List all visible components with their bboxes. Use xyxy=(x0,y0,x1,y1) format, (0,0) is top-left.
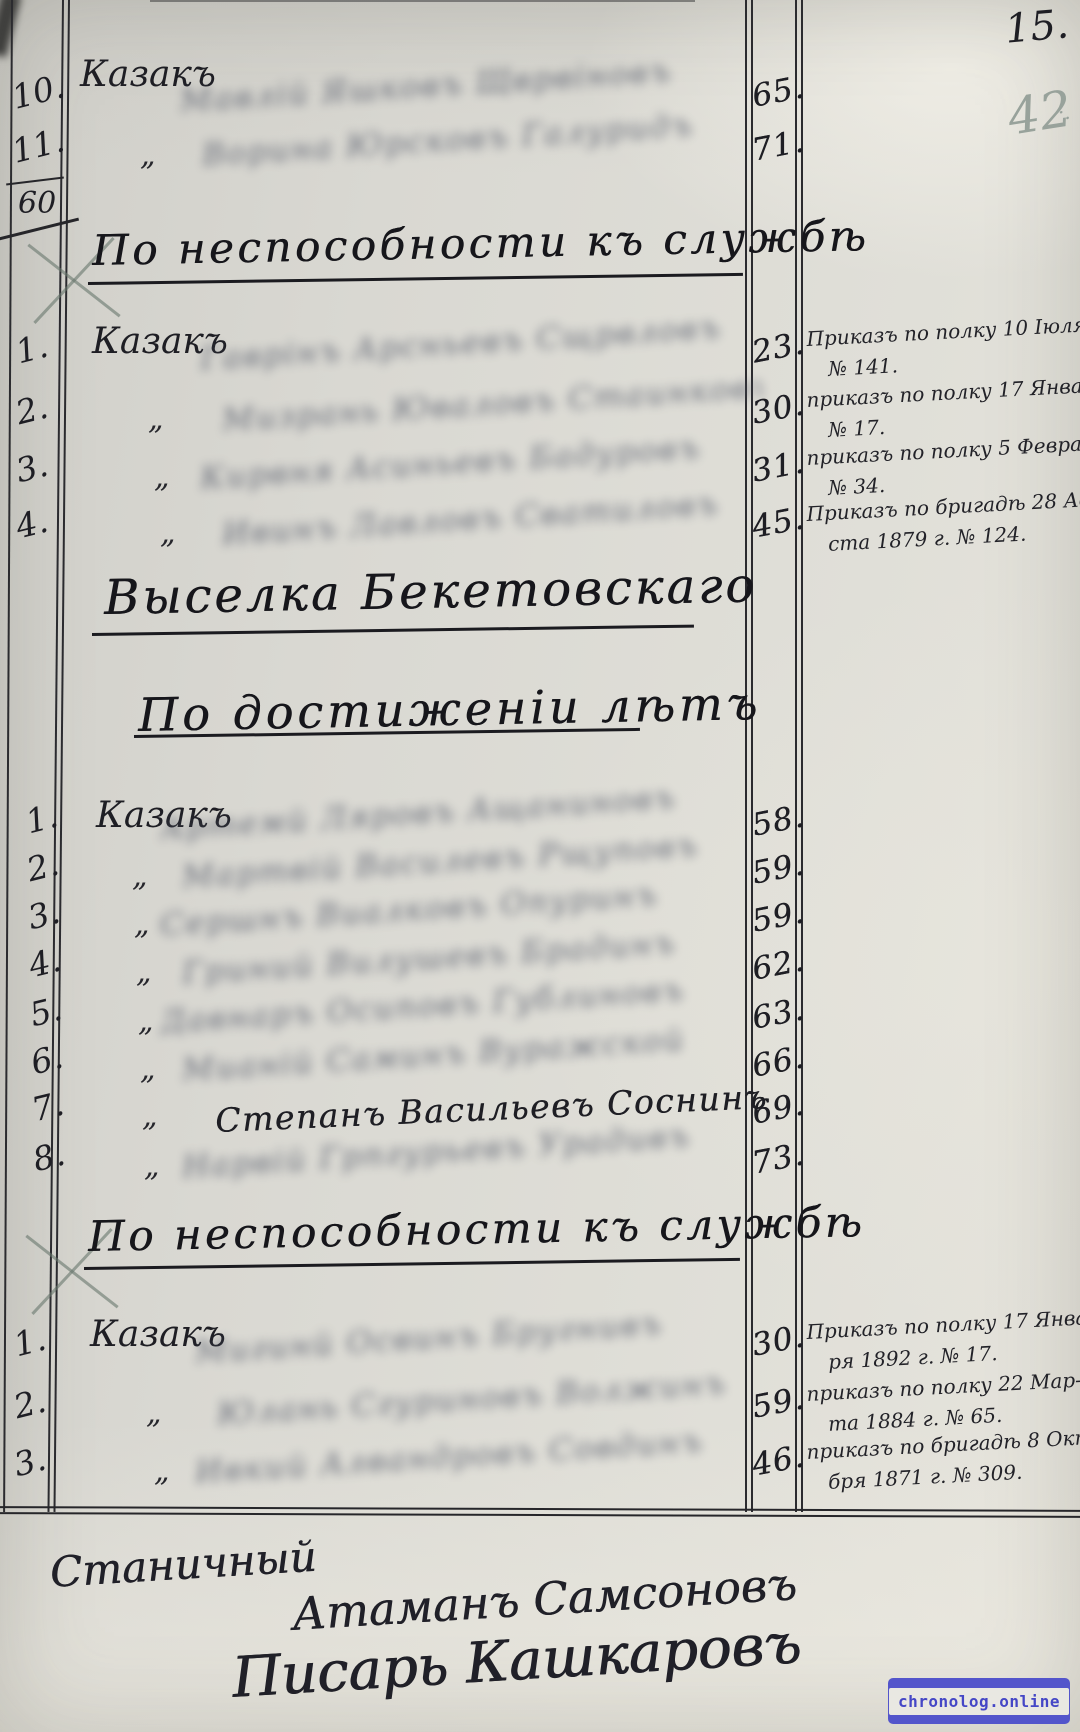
section-heading: По неспособности къ службѣ xyxy=(88,1197,866,1261)
row-number: 3. xyxy=(12,445,52,490)
age-value: 59. xyxy=(749,1380,807,1425)
signature-title: Станичный xyxy=(49,1532,318,1597)
age-value: 46. xyxy=(749,1438,807,1483)
rank-ditto-mark: „ xyxy=(148,402,164,437)
rank-ditto-mark: „ xyxy=(136,955,152,990)
row-number: 3. xyxy=(24,892,64,937)
rank-ditto-mark: „ xyxy=(140,138,156,173)
age-value: 65. xyxy=(749,69,807,114)
table-bottom-line-a xyxy=(0,1506,1080,1512)
page-top-edge-line xyxy=(150,0,695,2)
row-number: 2. xyxy=(10,1381,50,1426)
rank-ditto-mark: „ xyxy=(138,1004,154,1039)
table-bottom-line-b xyxy=(0,1512,1080,1518)
heading-underline xyxy=(92,625,694,636)
heading-underline xyxy=(88,273,743,285)
total-rule-top xyxy=(6,176,64,185)
watermark-badge: chronolog.online xyxy=(888,1678,1070,1724)
row-number: 7. xyxy=(28,1084,68,1129)
remark-text: Приказъ по полку 17 Янва-ря 1892 г. № 17… xyxy=(806,1308,1080,1378)
row-number: 6. xyxy=(27,1037,67,1082)
watermark-label: chronolog.online xyxy=(889,1688,1069,1715)
page-number: 15. xyxy=(1003,1,1070,52)
age-value: 23. xyxy=(749,325,807,370)
age-value: 59. xyxy=(749,894,807,939)
rank-ditto-mark: „ xyxy=(132,859,148,894)
ledger-page: 15. 42 ·. 60 Станичный Атаманъ Самсоновъ… xyxy=(0,0,1080,1732)
age-value: 73. xyxy=(749,1136,807,1181)
age-value: 63. xyxy=(749,991,807,1036)
remark-text: Приказъ по полку 10 Іюля 1897 г.№ 141. xyxy=(806,315,1080,385)
pencil-dots: ·. xyxy=(1058,100,1071,124)
row-number: 3. xyxy=(10,1439,50,1484)
row-number: 8. xyxy=(29,1134,69,1179)
rank-ditto-mark: „ xyxy=(144,1149,160,1184)
rank-ditto-mark: „ xyxy=(154,460,170,495)
rank-ditto-mark: „ xyxy=(134,907,150,942)
row-number: 10. xyxy=(8,66,68,117)
watermark-text: chronolog.online xyxy=(898,1692,1060,1711)
row-number: 2. xyxy=(12,387,52,432)
rank-ditto-mark: „ xyxy=(160,516,176,551)
rank-ditto-mark: „ xyxy=(146,1396,162,1431)
remark-text: Приказъ по бригадѣ 28 Авгу-ста 1879 г. №… xyxy=(806,490,1080,560)
row-number: 1. xyxy=(12,326,52,371)
row-number: 4. xyxy=(12,501,52,546)
rank-ditto-mark: „ xyxy=(154,1454,170,1489)
section-heading: Выселка Бекетовскаго xyxy=(103,557,757,626)
table-border-left xyxy=(3,0,13,1512)
heading-underline xyxy=(84,1258,740,1270)
remark-text: приказъ по бригадѣ 8 Октя-бря 1871 г. № … xyxy=(806,1428,1080,1498)
rank-ditto-mark: „ xyxy=(142,1099,158,1134)
age-value: 59. xyxy=(749,846,807,891)
rank-ditto-mark: „ xyxy=(140,1052,156,1087)
row-number: 11. xyxy=(8,120,68,171)
age-value: 30. xyxy=(749,1318,807,1363)
age-value: 71. xyxy=(749,123,807,168)
row-number: 2. xyxy=(23,844,63,889)
carryover-total: 60 xyxy=(18,186,56,221)
age-value: 58. xyxy=(749,798,807,843)
age-value: 62. xyxy=(749,942,807,987)
